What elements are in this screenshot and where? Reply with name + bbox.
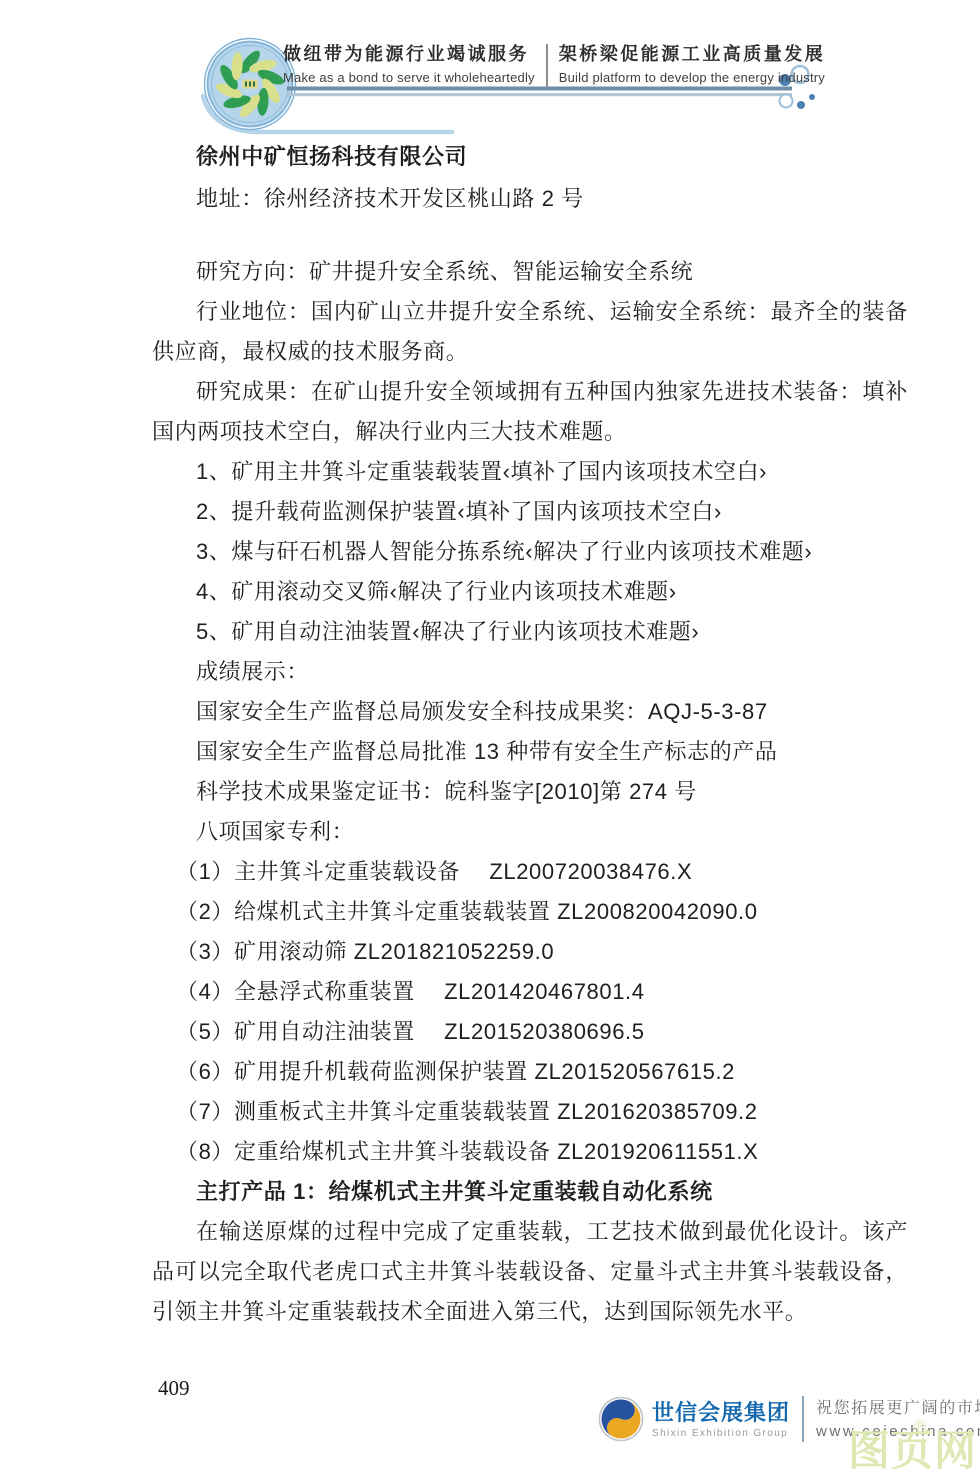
watermark-text: 图页网 xyxy=(848,1427,977,1474)
document-body: 徐州中矿恒扬科技有限公司地址：徐州经济技术开发区桃山路 2 号研究方向：矿井提升… xyxy=(152,136,908,1332)
footer-brand-en: Shixin Exhibition Group xyxy=(652,1428,790,1439)
text-line: 成绩展示： xyxy=(152,652,908,692)
text-line: 科学技术成果鉴定证书：皖科鉴字[2010]第 274 号 xyxy=(152,772,908,812)
text-line: （7）测重板式主井箕斗定重装载装置 ZL201620385709.2 xyxy=(152,1092,908,1132)
text-line: （1）主井箕斗定重装载设备 ZL200720038476.X xyxy=(152,852,908,892)
header-slogans: 做纽带为能源行业竭诚服务 Make as a bond to serve it … xyxy=(283,42,825,87)
text-line: 研究方向：矿井提升安全系统、智能运输安全系统 xyxy=(152,252,908,292)
slogan-cn-right: 架桥梁促能源工业高质量发展 xyxy=(559,42,826,66)
footer-tagline: 祝您拓展更广阔的市场 xyxy=(816,1399,980,1419)
footer-brand-names: 世信会展集团 Shixin Exhibition Group xyxy=(652,1400,790,1439)
slogan-en-right: Build platform to develop the energy ind… xyxy=(559,69,826,87)
text-line: 品可以完全取代老虎口式主井箕斗装载设备、定量斗式主井箕斗装载设备， xyxy=(152,1252,908,1292)
slogan-cn-left: 做纽带为能源行业竭诚服务 xyxy=(283,42,535,66)
slogan-left-column: 做纽带为能源行业竭诚服务 Make as a bond to serve it … xyxy=(283,42,535,87)
text-line: 1、矿用主井箕斗定重装载装置‹填补了国内该项技术空白› xyxy=(152,452,908,492)
text-line: 八项国家专利： xyxy=(152,812,908,852)
text-line: 行业地位：国内矿山立井提升安全系统、运输安全系统：最齐全的装备 xyxy=(152,292,908,332)
shixin-logo-icon xyxy=(598,1396,644,1442)
text-line: 5、矿用自动注油装置‹解决了行业内该项技术难题› xyxy=(152,612,908,652)
product-heading: 主打产品 1：给煤机式主井箕斗定重装载自动化系统 xyxy=(152,1172,908,1212)
registered-mark-icon: ® xyxy=(914,1418,927,1435)
document-page: 做纽带为能源行业竭诚服务 Make as a bond to serve it … xyxy=(0,0,980,1480)
text-line: 国家安全生产监督总局批准 13 种带有安全生产标志的产品 xyxy=(152,732,908,772)
text-line: 2、提升载荷监测保护装置‹填补了国内该项技术空白› xyxy=(152,492,908,532)
company-name: 徐州中矿恒扬科技有限公司 xyxy=(152,136,908,178)
text-line: 3、煤与矸石机器人智能分拣系统‹解决了行业内该项技术难题› xyxy=(152,532,908,572)
text-line: 国家安全生产监督总局颁发安全科技成果奖：AQJ-5-3-87 xyxy=(152,692,908,732)
text-line: （4）全悬浮式称重装置 ZL201420467801.4 xyxy=(152,972,908,1012)
text-line: 国内两项技术空白，解决行业内三大技术难题。 xyxy=(152,412,908,452)
header-rule-bottom xyxy=(287,93,792,96)
text-line: （3）矿用滚动筛 ZL201821052259.0 xyxy=(152,932,908,972)
footer-divider xyxy=(802,1396,804,1442)
slogan-divider xyxy=(546,44,548,87)
text-line: （6）矿用提升机载荷监测保护装置 ZL201520567615.2 xyxy=(152,1052,908,1092)
slogan-right-column: 架桥梁促能源工业高质量发展 Build platform to develop … xyxy=(559,42,826,87)
footer-brand-cn: 世信会展集团 xyxy=(652,1400,790,1426)
text-line: 供应商，最权威的技术服务商。 xyxy=(152,332,908,372)
text-line: （5）矿用自动注油装置 ZL201520380696.5 xyxy=(152,1012,908,1052)
text-line: （2）给煤机式主井箕斗定重装载装置 ZL200820042090.0 xyxy=(152,892,908,932)
page-number: 409 xyxy=(158,1376,190,1401)
company-logo-pinwheel-icon xyxy=(205,39,296,130)
header-rule-top xyxy=(287,87,792,91)
slogan-en-left: Make as a bond to serve it wholeheartedl… xyxy=(283,69,535,87)
text-line: 在输送原煤的过程中完成了定重装载，工艺技术做到最优化设计。该产 xyxy=(152,1212,908,1252)
text-line: 研究成果：在矿山提升安全领域拥有五种国内独家先进技术装备：填补 xyxy=(152,372,908,412)
address-line: 地址：徐州经济技术开发区桃山路 2 号 xyxy=(152,178,908,220)
watermark: 图页网 ® xyxy=(848,1430,977,1472)
blank-spacer xyxy=(152,220,908,252)
text-line: （8）定重给煤机式主井箕斗装载设备 ZL201920611551.X xyxy=(152,1132,908,1172)
text-line: 引领主井箕斗定重装载技术全面进入第三代，达到国际领先水平。 xyxy=(152,1292,908,1332)
text-line: 4、矿用滚动交叉筛‹解决了行业内该项技术难题› xyxy=(152,572,908,612)
